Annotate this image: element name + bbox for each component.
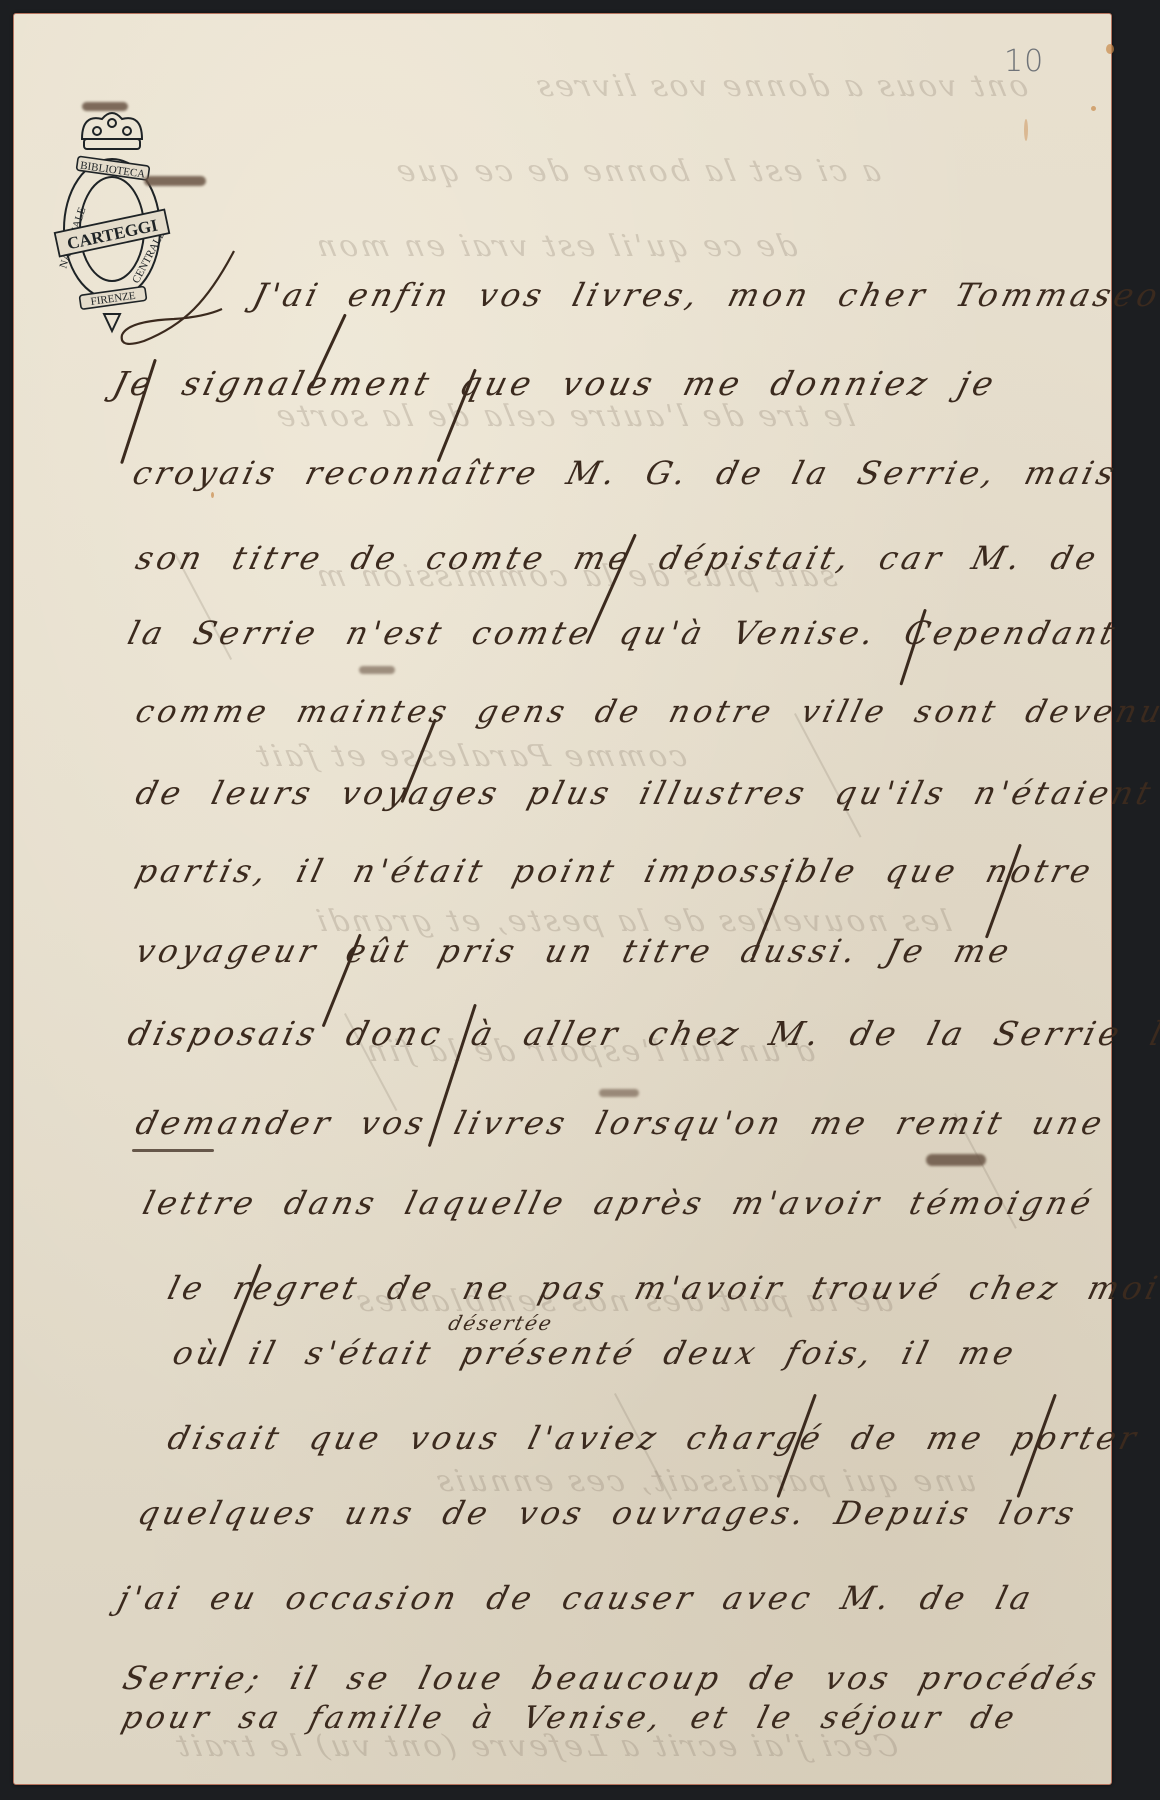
letter-line: pour sa famille à Venise, et le séjour d… xyxy=(118,1700,1022,1736)
ink-smudge xyxy=(144,176,206,186)
interlinear-insert: désertée xyxy=(446,1311,556,1335)
ink-smudge xyxy=(599,1089,639,1097)
bleed-through-text: comme Paralesse et fait xyxy=(250,739,690,774)
letter-line: croyais reconnaître M. G. de la Serrie, … xyxy=(129,454,1122,492)
foxing-spot xyxy=(1106,44,1114,54)
letter-line: comme maintes gens de notre ville sont d… xyxy=(132,694,1160,730)
letter-line: Serrie; il se loue beaucoup de vos procé… xyxy=(119,1659,1104,1697)
ink-smudge xyxy=(926,1154,986,1166)
letter-line: le regret de ne pas m'avoir trouvé chez … xyxy=(164,1269,1160,1307)
letter-line: la Serrie n'est comte qu'à Venise. Cepen… xyxy=(124,614,1122,652)
letter-line: partis, il n'était point impossible que … xyxy=(132,852,1098,890)
foxing-spot xyxy=(1091,106,1096,111)
bleed-through-text: le tre de l'autre cela de la sorte xyxy=(270,399,858,434)
letter-line: lettre dans laquelle après m'avoir témoi… xyxy=(139,1184,1099,1222)
foxing-spot xyxy=(1024,119,1028,141)
letter-line: de leurs voyages plus illustres qu'ils n… xyxy=(132,774,1158,812)
foxing-spot xyxy=(211,492,214,498)
letter-line: où il s'était présenté deux fois, il me xyxy=(169,1334,1021,1372)
letter-line: Je signalement que vous me donniez je xyxy=(109,364,1002,403)
scan-background: 10 ont vous a donne vos livres a ci est … xyxy=(0,0,1160,1800)
bleed-through-text: de ce qu'il est vrai en mon xyxy=(310,229,800,264)
letter-line: J'ai enfin vos livres, mon cher Tommaseo… xyxy=(249,276,1160,314)
underline-demander xyxy=(132,1149,214,1152)
letter-line: j'ai eu occasion de causer avec M. de la xyxy=(114,1579,1039,1617)
ink-smudge xyxy=(82,102,128,111)
letter-line: disposais donc à aller chez M. de la Ser… xyxy=(124,1014,1160,1053)
letter-line: disait que vous l'aviez chargé de me por… xyxy=(164,1419,1144,1457)
letter-line: quelques uns de vos ouvrages. Depuis lor… xyxy=(134,1494,1082,1532)
opening-flourish xyxy=(114,249,244,359)
letter-page: 10 ont vous a donne vos livres a ci est … xyxy=(13,13,1112,1785)
bleed-through-text: ont vous a donne vos livres xyxy=(530,69,1031,104)
letter-line: demander vos livres lorsqu'on me remit u… xyxy=(132,1104,1110,1142)
letter-line: voyageur eût pris un titre aussi. Je me xyxy=(132,932,1017,970)
ink-smudge xyxy=(359,666,395,674)
bleed-through-text: a ci est la bonne de ce que xyxy=(390,154,884,189)
